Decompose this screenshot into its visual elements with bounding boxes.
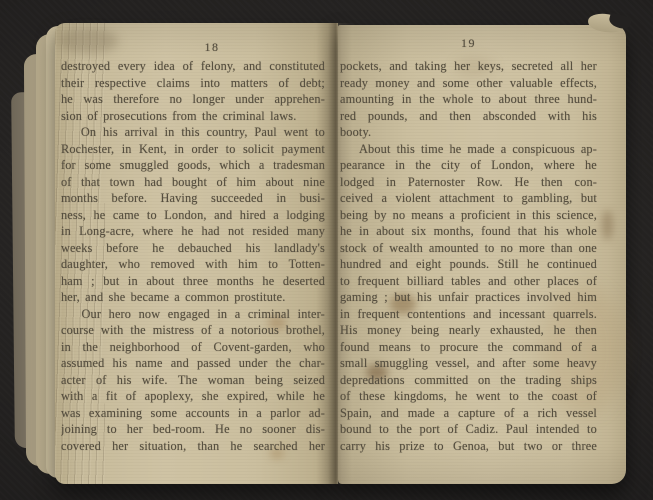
text-line: acterofhiswife.Thewomanbeingseized — [61, 372, 325, 389]
text-line: sion of prosecutions from the criminal l… — [61, 108, 325, 125]
text-line: withafitofapoplexy,sheexpired,whilehe — [61, 388, 325, 405]
right-page-text: pockets,andtakingherkeys,secretedallherr… — [340, 58, 597, 454]
text-line: stockofwealthamountedtonomorethanone — [340, 240, 597, 257]
text-line: monthsbefore.Havingsucceededinbusi- — [61, 190, 325, 207]
text-line: pockets,andtakingherkeys,secretedallher — [340, 58, 597, 75]
text-line: coursewiththemistressofanotoriousbrothel… — [61, 322, 325, 339]
text-line: intheneighborhoodofCovent-garden,who — [61, 339, 325, 356]
photo-scene: 18 19 destroyedeveryideaoffelony,andcons… — [0, 0, 653, 500]
text-line: heinaboutsixmonths,foundthathiswhole — [340, 223, 597, 240]
page-number-right: 19 — [340, 36, 597, 51]
text-line: theirrespectiveclaimsintomattersofdebt; — [61, 75, 325, 92]
text-line: infrequentcontentionsandincessantquarrel… — [340, 306, 597, 323]
text-line: ofthesekingdoms,hewenttothecoastof — [340, 388, 597, 405]
text-line: redpounds,andthenabscondedwithhis — [340, 108, 597, 125]
text-line: forsomesmuggledgoods,whichatradesman — [61, 157, 325, 174]
left-page-text: destroyedeveryideaoffelony,andconstitute… — [61, 58, 325, 454]
text-line: daughter,whoremovedwithhimtoTotten- — [61, 256, 325, 273]
text-line: readymoneyandsomeothervaluableeffects, — [340, 75, 597, 92]
page-number-left: 18 — [61, 40, 325, 55]
text-line: booty. — [340, 124, 597, 141]
text-line: ham;butinaboutthreemonthshedeserted — [61, 273, 325, 290]
text-line: boundtotheportofCadiz.Paulintendedto — [340, 421, 597, 438]
text-line: ness,hecametoLondon,andhiredalodging — [61, 207, 325, 224]
text-line: hundredandeightpounds.Stillhecontinued — [340, 256, 597, 273]
text-line: assumedhisnameandpassedunderthechar- — [61, 355, 325, 372]
text-line: pearanceinthecityofLondon,wherehe — [340, 157, 597, 174]
text-line: Aboutthistimehemadeaconspicuousap- — [340, 141, 597, 158]
text-line: foundmeanstoprocurethecommandofa — [340, 339, 597, 356]
text-line: destroyedeveryideaoffelony,andconstitute… — [61, 58, 325, 75]
text-line: Spain,andmadeacaptureofarichvessel — [340, 405, 597, 422]
text-line: coveredhersituation,thanhesearchedher — [61, 438, 325, 455]
text-line: inLong-acre,wherehehadnotresidedmany — [61, 223, 325, 240]
text-line: her, and she became a common prostitute. — [61, 289, 325, 306]
text-line: Hismoneybeingnearlyexhausted,hethen — [340, 322, 597, 339]
text-line: tofrequentbilliardtablesandotherplacesof — [340, 273, 597, 290]
text-line: carryhisprizetoGenoa,buttwoorthree — [340, 438, 597, 455]
text-line: ceivedaviolentattachmenttogambling,but — [340, 190, 597, 207]
text-line: smallsmugglingvessel,andaftersomeheavy — [340, 355, 597, 372]
text-line: joiningtoherbed-room.Henosoonerdis- — [61, 421, 325, 438]
text-line: hewasthereforenolongerunderapprehen- — [61, 91, 325, 108]
text-line: wasexaminingsomeaccountsinaparlorad- — [61, 405, 325, 422]
text-line: beingbynomeansaproficientinthisscience, — [340, 207, 597, 224]
text-line: Rochester,inKent,inordertosolicitpayment — [61, 141, 325, 158]
text-line: gaming;buthisunfairpracticesinvolvedhim — [340, 289, 597, 306]
text-line: lodgedinPaternosterRow.Hethencon- — [340, 174, 597, 191]
text-line: ofthattownhadboughtofhimaboutnine — [61, 174, 325, 191]
text-line: Onhisarrivalinthiscountry,Paulwentto — [61, 124, 325, 141]
text-line: depredationscommittedonthetradingships — [340, 372, 597, 389]
text-line: Ourheronowengagedinacriminalinter- — [61, 306, 325, 323]
text-line: amountinginthewholetoaboutthreehund- — [340, 91, 597, 108]
text-line: weeksbeforehedebauchedhislandlady's — [61, 240, 325, 257]
